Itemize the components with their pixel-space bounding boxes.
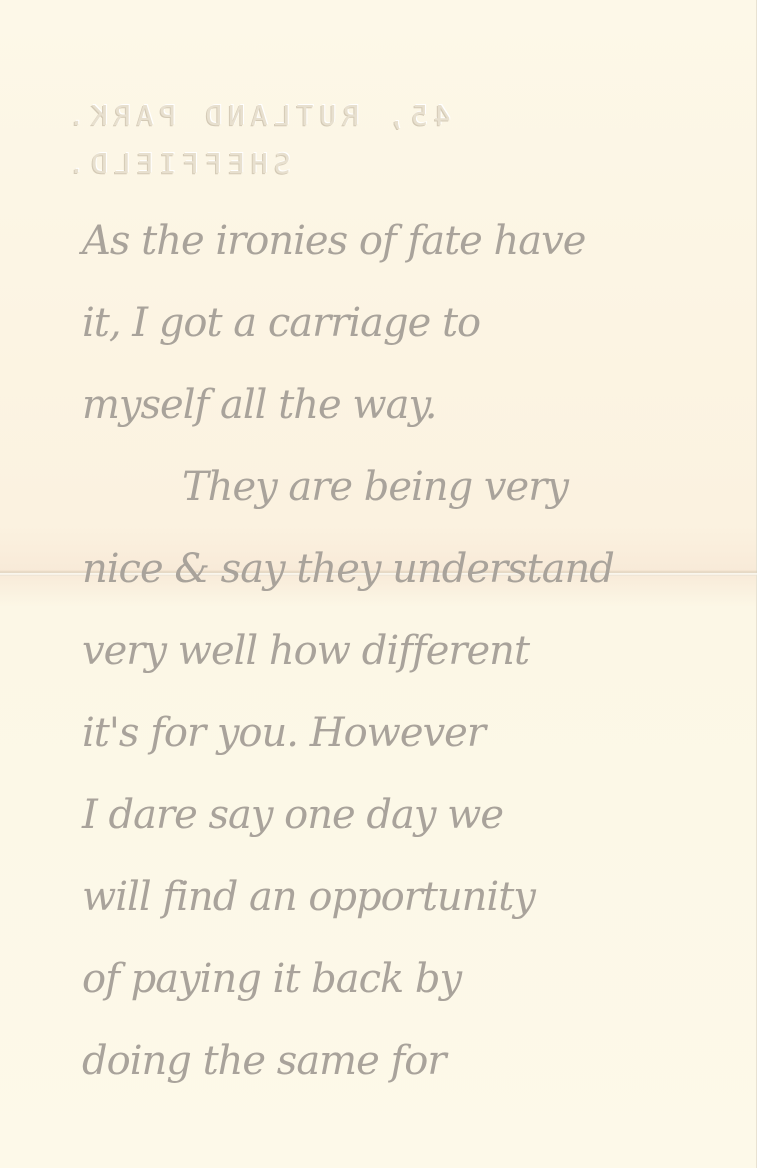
handwritten-line: very well how different [82,610,722,692]
handwritten-line: doing the same for [82,1020,722,1102]
handwritten-line: it's for you. However [82,692,722,774]
letterhead-city: SHEFFIELD. [62,140,482,188]
handwritten-line: They are being very [82,446,722,528]
handwritten-line: As the ironies of fate have [82,200,722,282]
handwritten-line: it, I got a carriage to [82,282,722,364]
handwritten-line: nice & say they understand [82,528,722,610]
handwritten-line: will find an opportunity [82,856,722,938]
letterhead-address: 45, RUTLAND PARK. [62,92,482,140]
embossed-letterhead: 45, RUTLAND PARK. SHEFFIELD. [62,92,482,188]
handwritten-body: As the ironies of fate have it, I got a … [82,200,722,1102]
letter-page: 45, RUTLAND PARK. SHEFFIELD. As the iron… [0,0,757,1168]
handwritten-line: myself all the way. [82,364,722,446]
handwritten-line: of paying it back by [82,938,722,1020]
handwritten-line: I dare say one day we [82,774,722,856]
